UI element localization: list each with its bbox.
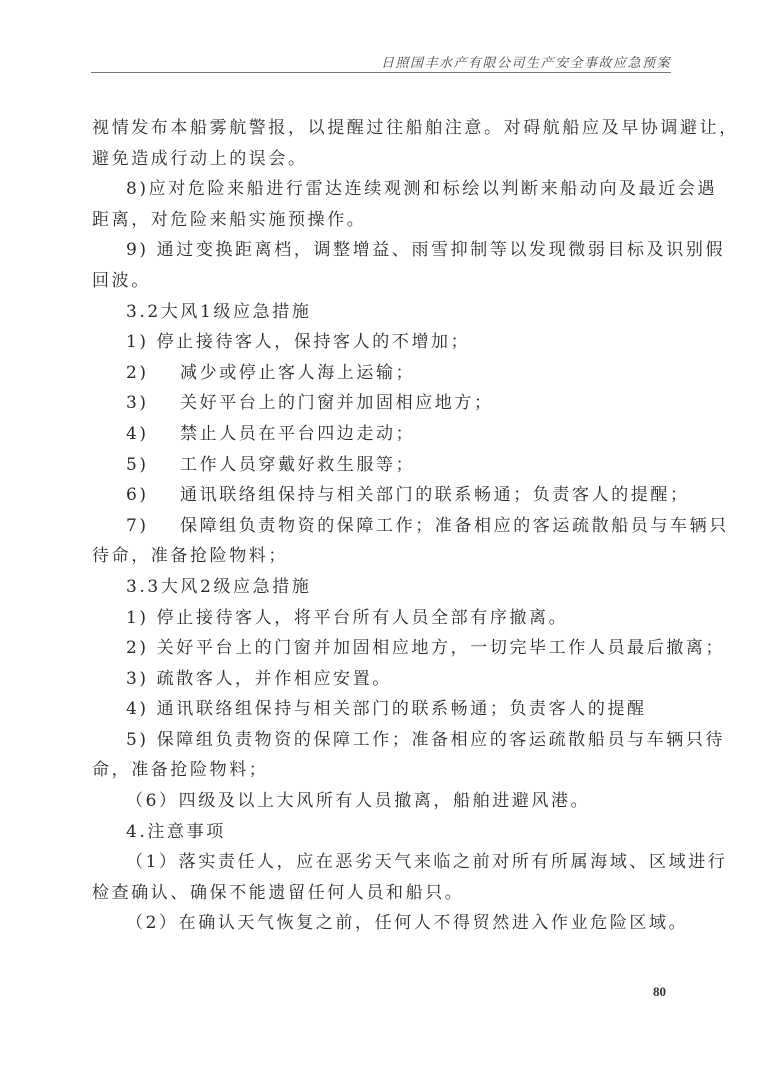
list-item: 1) 停止接待客人，将平台所有人员全部有序撤离。 [92,603,672,634]
list-item: 3)关好平台上的门窗并加固相应地方； [92,388,672,419]
page-number: 80 [653,984,666,1000]
list-item: 2) 关好平台上的门窗并加固相应地方，一切完毕工作人员最后撤离； [92,633,672,664]
paragraph-line: 检查确认、确保不能遗留任何人员和船只。 [92,878,672,909]
list-item-text: 关好平台上的门窗并加固相应地方； [180,393,494,413]
list-item: 4) 通讯联络组保持与相关部门的联系畅通；负责客人的提醒 [92,694,672,725]
list-item: 4)禁止人员在平台四边走动； [92,419,672,450]
document-body: 视情发布本船雾航警报，以提醒过往船舶注意。对碍航船应及早协调避让， 避免造成行动… [92,113,672,939]
list-item-number: 5) [126,450,180,481]
list-item-text: 保障组负责物资的保障工作；准备相应的客运疏散船员与车辆只 [180,516,729,536]
list-item-text: 禁止人员在平台四边走动； [180,424,415,444]
list-item-number: 6) [126,480,180,511]
list-item: （1）落实责任人，应在恶劣天气来临之前对所有所属海域、区域进行 [92,847,672,878]
list-item-number: 2) [126,358,180,389]
section-heading: 4.注意事项 [92,817,672,848]
list-item: 3) 疏散客人，并作相应安置。 [92,664,672,695]
header-title: 日照国丰水产有限公司生产安全事故应急预案 [381,52,671,71]
list-item-number: 3) [126,388,180,419]
list-item: 7)保障组负责物资的保障工作；准备相应的客运疏散船员与车辆只 [92,511,672,542]
list-item-text: 通讯联络组保持与相关部门的联系畅通；负责客人的提醒； [180,485,690,505]
list-item: 5)工作人员穿戴好救生服等； [92,450,672,481]
list-item: 2)减少或停止客人海上运输； [92,358,672,389]
list-item-text: 减少或停止客人海上运输； [180,363,415,383]
paragraph-line: 回波。 [92,266,672,297]
section-heading: 3.3大风2级应急措施 [92,572,672,603]
page-header: 日照国丰水产有限公司生产安全事故应急预案 [91,48,671,73]
list-item: 6)通讯联络组保持与相关部门的联系畅通；负责客人的提醒； [92,480,672,511]
list-item: 5) 保障组负责物资的保障工作；准备相应的客运疏散船员与车辆只待 [92,725,672,756]
section-heading: 3.2大风1级应急措施 [92,297,672,328]
paragraph-line: 视情发布本船雾航警报，以提醒过往船舶注意。对碍航船应及早协调避让， [92,113,672,144]
paragraph-line: 8)应对危险来船进行雷达连续观测和标绘以判断来船动向及最近会遇 [92,174,672,205]
list-item: （2）在确认天气恢复之前，任何人不得贸然进入作业危险区域。 [92,908,672,939]
paragraph-line: 命，准备抢险物料； [92,755,672,786]
list-item: 1) 停止接待客人，保持客人的不增加； [92,327,672,358]
paragraph-line: 待命，准备抢险物料； [92,541,672,572]
list-item-text: 工作人员穿戴好救生服等； [180,455,415,475]
list-item: （6）四级及以上大风所有人员撤离，船舶进避风港。 [92,786,672,817]
list-item-number: 7) [126,511,180,542]
list-item-number: 4) [126,419,180,450]
paragraph-line: 9) 通过变换距离档，调整增益、雨雪抑制等以发现微弱目标及识别假 [92,235,672,266]
paragraph-line: 距离，对危险来船实施预操作。 [92,205,672,236]
paragraph-line: 避免造成行动上的误会。 [92,144,672,175]
